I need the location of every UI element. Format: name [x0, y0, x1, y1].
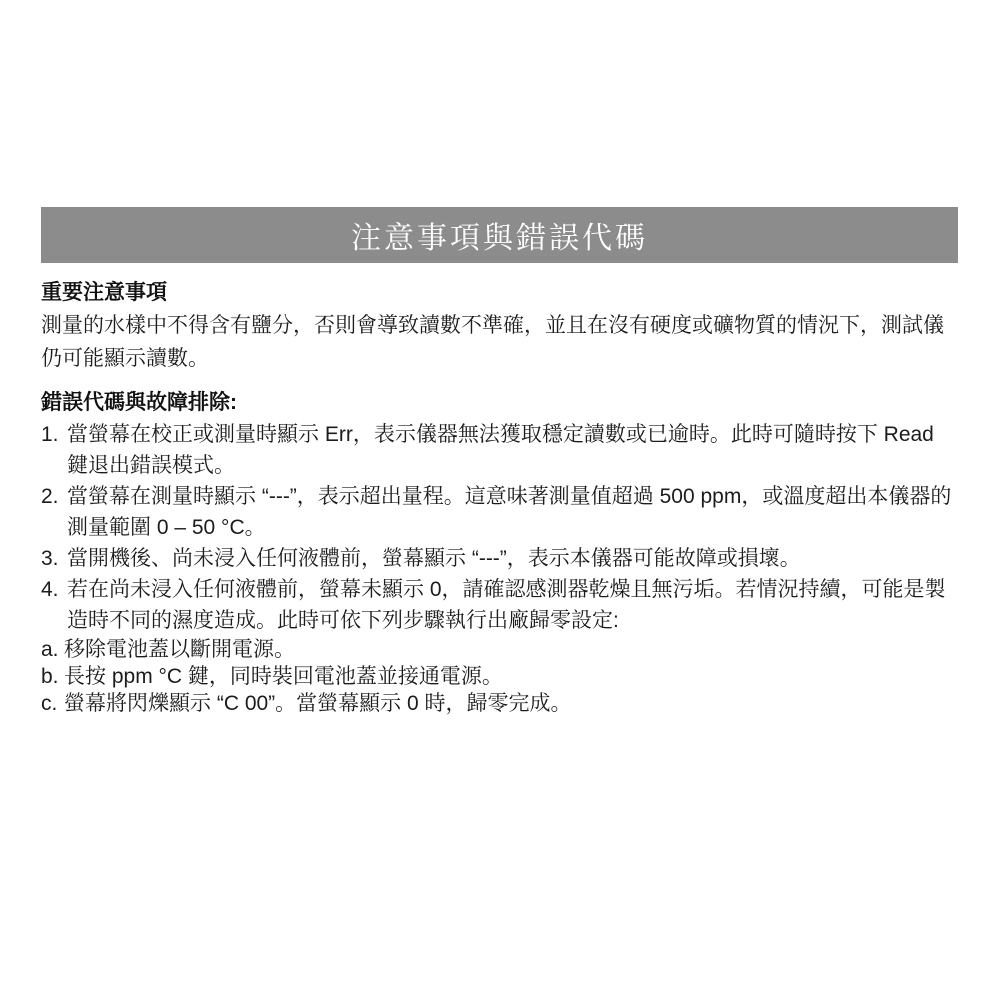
trouble-item-2: 2. 當螢幕在測量時顯示 “---”，表示超出量程。這意味著測量值超過 500 … — [41, 481, 958, 543]
item-1-text: 當螢幕在校正或測量時顯示 Err，表示儀器無法獲取穩定讀數或已逾時。此時可隨時按… — [67, 423, 934, 477]
step-b-marker: b. — [41, 663, 59, 690]
important-notes-heading: 重要注意事項 — [41, 276, 958, 309]
item-2-marker: 2. — [41, 481, 59, 512]
item-3-marker: 3. — [41, 543, 59, 574]
item-3-text: 當開機後、尚未浸入任何液體前，螢幕顯示 “---”，表示本儀器可能故障或損壞。 — [67, 547, 801, 570]
important-notes-body: 測量的水樣中不得含有鹽分，否則會導致讀數不準確，並且在沒有硬度或礦物質的情況下，… — [41, 309, 958, 375]
reset-step-a: a. 移除電池蓋以斷開電源。 — [41, 636, 958, 663]
item-4-marker: 4. — [41, 574, 59, 605]
page-title: 注意事項與錯誤代碼 — [351, 213, 648, 257]
step-a-marker: a. — [41, 636, 59, 663]
reset-step-b: b. 長按 ppm °C 鍵，同時裝回電池蓋並接通電源。 — [41, 663, 958, 690]
item-1-marker: 1. — [41, 419, 59, 450]
trouble-item-3: 3. 當開機後、尚未浸入任何液體前，螢幕顯示 “---”，表示本儀器可能故障或損… — [41, 543, 958, 574]
manual-page: 注意事項與錯誤代碼 重要注意事項 測量的水樣中不得含有鹽分，否則會導致讀數不準確… — [0, 0, 1000, 1000]
title-banner: 注意事項與錯誤代碼 — [41, 207, 958, 263]
item-4-text: 若在尚未浸入任何液體前，螢幕未顯示 0，請確認感測器乾燥且無污垢。若情況持續，可… — [67, 578, 946, 632]
content-area: 重要注意事項 測量的水樣中不得含有鹽分，否則會導致讀數不準確，並且在沒有硬度或礦… — [41, 276, 958, 717]
troubleshooting-list: 1. 當螢幕在校正或測量時顯示 Err，表示儀器無法獲取穩定讀數或已逾時。此時可… — [41, 419, 958, 636]
reset-steps-list: a. 移除電池蓋以斷開電源。 b. 長按 ppm °C 鍵，同時裝回電池蓋並接通… — [41, 636, 958, 717]
item-2-text: 當螢幕在測量時顯示 “---”，表示超出量程。這意味著測量值超過 500 ppm… — [67, 485, 951, 539]
step-a-text: 移除電池蓋以斷開電源。 — [64, 638, 295, 661]
step-c-marker: c. — [41, 690, 57, 717]
step-c-text: 螢幕將閃爍顯示 “C 00”。當螢幕顯示 0 時，歸零完成。 — [64, 692, 572, 715]
reset-step-c: c. 螢幕將閃爍顯示 “C 00”。當螢幕顯示 0 時，歸零完成。 — [41, 690, 958, 717]
troubleshooting-heading: 錯誤代碼與故障排除: — [41, 386, 958, 419]
trouble-item-1: 1. 當螢幕在校正或測量時顯示 Err，表示儀器無法獲取穩定讀數或已逾時。此時可… — [41, 419, 958, 481]
step-b-text: 長按 ppm °C 鍵，同時裝回電池蓋並接通電源。 — [64, 665, 503, 688]
trouble-item-4: 4. 若在尚未浸入任何液體前，螢幕未顯示 0，請確認感測器乾燥且無污垢。若情況持… — [41, 574, 958, 636]
